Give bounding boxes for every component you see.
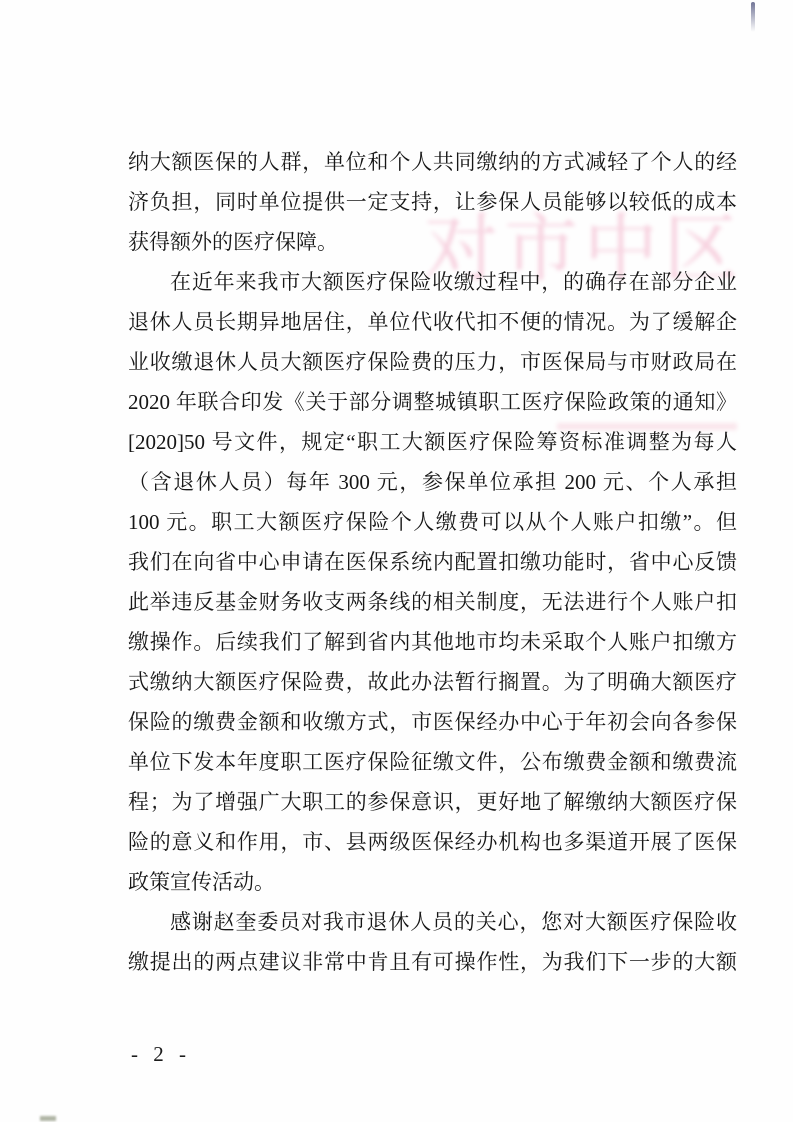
text-line: 政策宣传活动。 bbox=[128, 862, 737, 902]
document-body: 纳大额医保的人群，单位和个人共同缴纳的方式减轻了个人的经济负担，同时单位提供一定… bbox=[128, 142, 737, 982]
text-line: 2020 年联合印发《关于部分调整城镇职工医疗保险政策的通知》 bbox=[128, 382, 737, 422]
text-line: 业收缴退休人员大额医疗保险费的压力，市医保局与市财政局在 bbox=[128, 342, 737, 382]
text-line: 在近年来我市大额医疗保险收缴过程中，的确存在部分企业 bbox=[128, 262, 737, 302]
text-line: 我们在向省中心申请在医保系统内配置扣缴功能时，省中心反馈 bbox=[128, 542, 737, 582]
scanned-document-page: 对市中区 纳大额医保的人群，单位和个人共同缴纳的方式减轻了个人的经济负担，同时单… bbox=[0, 0, 793, 1122]
text-line: 退休人员长期异地居住，单位代收代扣不便的情况。为了缓解企 bbox=[128, 302, 737, 342]
scan-artifact-top-right-streak bbox=[751, 2, 755, 32]
text-line: 保险的缴费金额和收缴方式，市医保经办中心于年初会向各参保 bbox=[128, 702, 737, 742]
text-line: （含退休人员）每年 300 元，参保单位承担 200 元、个人承担 bbox=[128, 462, 737, 502]
text-line: [2020]50 号文件，规定“职工大额医疗保险筹资标准调整为每人 bbox=[128, 422, 737, 462]
scan-artifact-bottom-left-smudge bbox=[40, 1116, 56, 1121]
page-number: - 2 - bbox=[131, 1042, 191, 1067]
text-line: 险的意义和作用，市、县两级医保经办机构也多渠道开展了医保 bbox=[128, 822, 737, 862]
text-line: 纳大额医保的人群，单位和个人共同缴纳的方式减轻了个人的经 bbox=[128, 142, 737, 182]
text-line: 程；为了增强广大职工的参保意识，更好地了解缴纳大额医疗保 bbox=[128, 782, 737, 822]
text-line: 获得额外的医疗保障。 bbox=[128, 222, 737, 262]
text-line: 济负担，同时单位提供一定支持，让参保人员能够以较低的成本 bbox=[128, 182, 737, 222]
text-line: 缴提出的两点建议非常中肯且有可操作性，为我们下一步的大额 bbox=[128, 942, 737, 982]
text-line: 单位下发本年度职工医疗保险征缴文件，公布缴费金额和缴费流 bbox=[128, 742, 737, 782]
text-line: 此举违反基金财务收支两条线的相关制度，无法进行个人账户扣 bbox=[128, 582, 737, 622]
text-line: 100 元。职工大额医疗保险个人缴费可以从个人账户扣缴”。但 bbox=[128, 502, 737, 542]
text-line: 感谢赵奎委员对我市退休人员的关心，您对大额医疗保险收 bbox=[128, 902, 737, 942]
text-line: 式缴纳大额医疗保险费，故此办法暂行搁置。为了明确大额医疗 bbox=[128, 662, 737, 702]
text-line: 缴操作。后续我们了解到省内其他地市均未采取个人账户扣缴方 bbox=[128, 622, 737, 662]
